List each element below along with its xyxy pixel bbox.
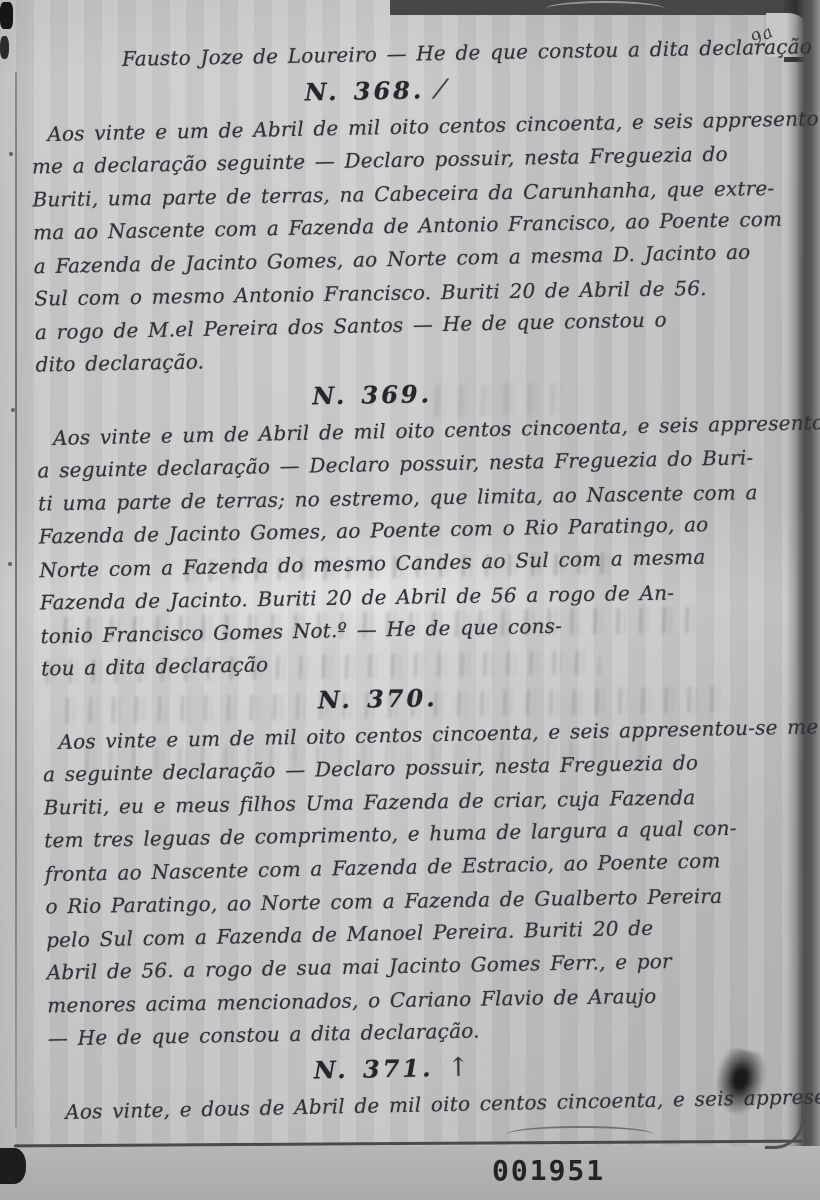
- scanned-manuscript-photo: Fausto Joze de Loureiro — He de que cons…: [0, 0, 820, 1200]
- ink-speck: [11, 408, 15, 412]
- check-mark: ⁄: [424, 75, 443, 105]
- ink-mark-bottom-left: [0, 1148, 26, 1184]
- pen-arc-mark: [505, 1126, 655, 1144]
- surface-below-page: [0, 1146, 820, 1200]
- archive-stamp: 001951: [492, 1154, 605, 1187]
- entry-370: N. 370. Aos vinte e um de mil oito cento…: [41, 674, 794, 1056]
- bleed-through-smudge: [430, 383, 571, 417]
- ink-speck: [9, 152, 13, 156]
- ink-mark-top-left-2: [0, 36, 9, 59]
- entry-371-number: N. 371.: [314, 1053, 434, 1084]
- ink-speck: [8, 562, 12, 566]
- entry-371: N. 371.↑ Aos vinte, e dous de Abril de m…: [48, 1044, 795, 1129]
- ink-mark-top-left: [0, 2, 13, 29]
- entry-369-number: N. 369.: [312, 379, 432, 410]
- entry-368-lines: Aos vinte e um de Abril de mil oito cent…: [31, 104, 782, 382]
- arrow-mark: ↑: [433, 1053, 469, 1084]
- entry-368-number: N. 368.: [304, 75, 424, 106]
- entry-368: N. 368.⁄ Aos vinte e um de Abril de mil …: [30, 66, 781, 382]
- entry-369-lines: Aos vinte e um de Abril de mil oito cent…: [37, 408, 788, 686]
- page-fold-line: [15, 72, 17, 1128]
